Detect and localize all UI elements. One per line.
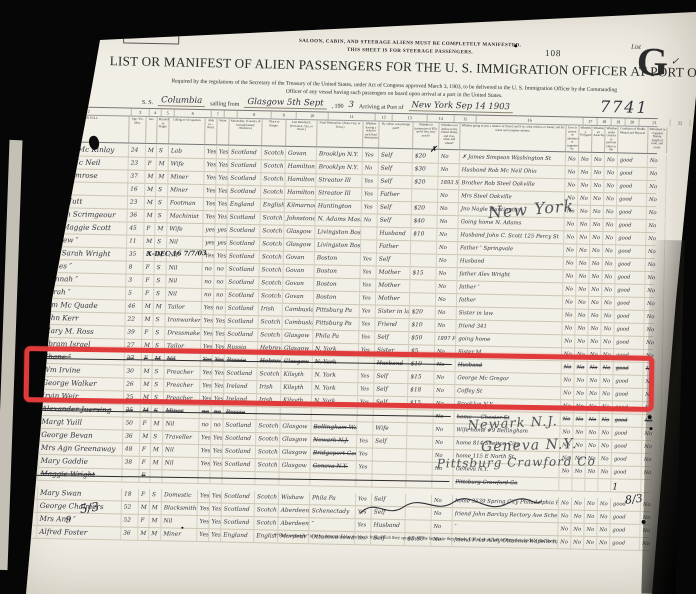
- cell-f3: No: [588, 323, 601, 335]
- cell-tkt: No: [363, 162, 379, 174]
- cell-rd: no: [200, 406, 212, 418]
- cell-no: 2: [29, 156, 45, 168]
- col-number-wr: [225, 110, 238, 117]
- cell-f1: No: [563, 309, 576, 321]
- col-number-name: 2: [47, 107, 132, 116]
- cell-ms: S: [155, 236, 167, 248]
- cell-us: No: [437, 242, 458, 254]
- cell-f1: No: [561, 413, 574, 425]
- cell-join: Brother Rob Steel Oakville: [459, 177, 565, 191]
- cell-rd: Yes: [198, 503, 210, 515]
- cell-wr: Yes: [216, 198, 228, 210]
- cell-race: Scotch: [256, 420, 280, 432]
- cell-wr: [210, 471, 222, 483]
- cell-hlth: good: [614, 336, 644, 349]
- col-header-ms: Married or Single.: [157, 117, 170, 143]
- cell-ms: M: [150, 502, 162, 514]
- cell-res: Johnstone: [284, 213, 315, 226]
- cell-age: 36: [128, 210, 145, 222]
- cell-age: 48: [123, 444, 140, 456]
- cell-f2: No: [577, 219, 590, 231]
- cell-f3: No: [591, 193, 604, 205]
- cell-rd: no: [199, 419, 211, 431]
- cell-dest: Geneva N.Y.: [311, 460, 357, 473]
- cell-tkt: Yes: [362, 175, 378, 187]
- cell-rd: Yes: [205, 159, 217, 171]
- cell-ms: M: [155, 223, 167, 235]
- cell-us: No: [436, 294, 457, 306]
- cell-name: Hannah ″: [42, 273, 126, 287]
- cell-occ: Nil: [163, 457, 199, 470]
- cell-nat: Scotland: [227, 238, 260, 251]
- col-header-nat: Nationality. (Country of last permanent …: [229, 119, 263, 146]
- cell-race: Scotch: [261, 186, 285, 198]
- cell-res: Hamilton: [286, 161, 317, 174]
- cell-rd: no: [202, 289, 214, 301]
- cell-dest: ″: [309, 518, 355, 531]
- cell-paid: [373, 462, 407, 475]
- cell-race: Scotch: [254, 517, 278, 529]
- cell-f1: No: [565, 179, 578, 191]
- cell-res: Aberdeen: [278, 518, 309, 531]
- cell-age: 39: [125, 327, 142, 339]
- cell-occ: Dressmaker: [165, 327, 201, 340]
- cell-f1: No: [566, 153, 579, 165]
- cell-f4: No: [602, 297, 615, 309]
- cell-name: George Bevan: [39, 429, 123, 443]
- manifest-sheet: REGISTRATION DIVISION (Form 1500—B.) SAL…: [0, 0, 696, 594]
- cell-sex: M: [145, 171, 156, 183]
- cell-no: 14: [25, 312, 41, 324]
- cell-f2: No: [578, 167, 591, 179]
- cell-tkt: Yes: [357, 435, 373, 447]
- cell-tkt: [361, 240, 377, 252]
- cell-paid: Self: [378, 202, 412, 215]
- cell-age: 18: [122, 489, 139, 501]
- cell-wr: Yes: [211, 445, 223, 457]
- cell-wr: Yes: [210, 490, 222, 502]
- cell-occ: Wife: [167, 223, 203, 236]
- col-header-res: Last Residence. (Province, City, or Town…: [286, 120, 318, 147]
- cell-wr: Yes: [213, 315, 225, 327]
- cell-race: Scotch: [261, 173, 285, 185]
- cell-res: Wishaw: [279, 492, 310, 505]
- cell-tkt: [357, 422, 373, 434]
- cell-age: [122, 470, 139, 482]
- cell-res: Glasgow: [280, 434, 311, 447]
- cell-race: Scotch: [255, 491, 279, 503]
- cell-no: 28: [22, 499, 38, 511]
- cell-wr: Yes: [215, 250, 227, 262]
- cell-hlth: good: [612, 427, 642, 440]
- cell-res: Glasgow: [284, 226, 315, 239]
- cell-name: Thomas Mc Kinlay: [45, 143, 129, 157]
- cell-ms: [150, 470, 162, 482]
- cell-paid: [372, 475, 406, 488]
- cell-dest: Boston: [314, 265, 360, 278]
- cell-dest: Huntington: [316, 200, 362, 213]
- cell-paid: Self: [378, 176, 412, 189]
- cell-occ: Footman: [168, 197, 204, 210]
- cell-age: 37: [128, 171, 145, 183]
- cell-ms: M: [157, 158, 169, 170]
- arriving-label: Arriving at Port of: [359, 104, 404, 111]
- cell-f4: No: [602, 284, 615, 296]
- year-digit: 3: [348, 100, 354, 110]
- cell-race: Scotch: [258, 329, 282, 341]
- cell-age: 24: [129, 145, 146, 157]
- annotation-4: Pittsburg Crawford Co: [437, 454, 596, 470]
- cell-sex: M: [145, 197, 156, 209]
- cell-f3: No: [590, 232, 603, 244]
- cell-dest: Pittsburg Pa: [314, 304, 360, 317]
- cell-age: 50: [123, 418, 140, 430]
- col-number-no: 1: [30, 107, 47, 114]
- cell-ms: M: [156, 171, 168, 183]
- cell-hlth: good: [615, 297, 645, 310]
- cell-paid: Mother: [376, 267, 410, 280]
- cell-sex: M: [140, 431, 151, 443]
- annotation-10: ✓: [671, 56, 680, 67]
- cell-ms: S: [153, 327, 165, 339]
- cell-res: Govan: [283, 278, 314, 291]
- cell-name: Geo. ″: [44, 182, 128, 196]
- cell-age: 23: [128, 197, 145, 209]
- col-number-rd: 7: [212, 110, 225, 117]
- cell-occ: Nil: [163, 444, 199, 457]
- cell-tkt: Yes: [360, 305, 376, 317]
- cell-mny: [412, 189, 438, 202]
- cell-race: [255, 472, 279, 484]
- cell-mny: [408, 410, 434, 423]
- cell-no: 11: [26, 273, 42, 285]
- cell-paid: Friend: [375, 319, 409, 332]
- cell-mny: $20: [412, 176, 438, 189]
- cell-age: 23: [129, 158, 146, 170]
- cell-f1: No: [564, 231, 577, 243]
- cell-f3: No: [590, 258, 603, 270]
- cell-name: Sarah ″: [42, 286, 126, 300]
- cell-sex: M: [142, 314, 153, 326]
- cell-no: 23: [23, 429, 39, 441]
- cell-f4: No: [604, 206, 617, 218]
- cell-name: Andrew ″: [43, 234, 127, 248]
- annotation-6: 9: [65, 515, 71, 525]
- cell-tkt: Yes: [361, 253, 377, 265]
- page-number: 108: [545, 48, 562, 58]
- cell-f4: [598, 479, 611, 491]
- cell-res: Hamilton: [285, 187, 316, 200]
- cell-sex: F: [138, 515, 149, 527]
- cell-res: Cambuslang: [283, 304, 314, 317]
- cell-nat: Scotland: [227, 225, 260, 238]
- cell-paid: Wife: [373, 423, 407, 436]
- cell-no: 5: [28, 195, 44, 207]
- cell-join: ✗ James Simpson Washington St: [460, 151, 566, 165]
- cell-hlth: good: [616, 258, 646, 271]
- col-number-f1: 17: [584, 118, 598, 125]
- cell-def: No: [647, 181, 666, 193]
- cell-wr: no: [214, 302, 226, 314]
- cell-occ: Lab: [169, 145, 205, 158]
- cell-occ: [162, 470, 198, 483]
- cell-wr: Yes: [216, 172, 228, 184]
- cell-f1: No: [558, 523, 571, 535]
- cell-f4: No: [599, 453, 612, 465]
- cell-f3: No: [591, 206, 604, 218]
- cell-no: 26: [22, 468, 38, 480]
- cell-no: 21: [24, 403, 40, 415]
- cell-res: Govan: [284, 252, 315, 265]
- cell-f4: No: [600, 414, 613, 426]
- cell-f4: No: [604, 180, 617, 192]
- cell-name: Mrs Maggie Scott: [43, 221, 127, 235]
- sailing-from: Glasgow 5th Sept: [244, 97, 326, 110]
- col-number-occ: 6: [175, 109, 212, 117]
- cell-us: No: [437, 229, 458, 241]
- cell-paid: Husband: [377, 228, 411, 241]
- cell-hlth: good: [617, 180, 647, 193]
- cell-race: Scotch: [262, 160, 286, 172]
- cell-dest: [310, 473, 356, 486]
- cell-res: [281, 408, 312, 421]
- cell-f2: No: [576, 297, 589, 309]
- cell-dest: Livingston Boston: [315, 239, 361, 252]
- cell-race: Scotch: [262, 147, 286, 159]
- cell-occ: Miner: [161, 528, 197, 541]
- cell-wr: Yes: [209, 516, 221, 528]
- cell-race: English: [261, 199, 285, 211]
- cell-dest: Bridgeport Conn: [311, 447, 357, 460]
- cell-race: Scotch: [259, 264, 283, 276]
- cell-ms: S: [152, 405, 164, 417]
- col-header-dest: Final Destination. (State, City, or Town…: [317, 120, 364, 147]
- cell-us: No: [437, 216, 458, 228]
- cell-race: Irish: [259, 303, 283, 315]
- cell-sex: F: [143, 262, 154, 274]
- col-number-nat: 8: [238, 111, 272, 119]
- cell-race: Scotch: [256, 459, 280, 471]
- cell-dest: Streator Ill: [316, 187, 362, 200]
- col-number-us: 15: [455, 115, 477, 122]
- cell-join: father Alex Wright: [457, 268, 563, 282]
- cell-rd: Yes: [202, 302, 214, 314]
- col-header-no: No. on List.: [29, 115, 46, 141]
- col-number-f2: 18: [598, 118, 612, 125]
- cell-race: Scotch: [255, 504, 279, 516]
- cell-occ: Wife: [169, 158, 205, 171]
- cell-rd: Yes: [204, 198, 216, 210]
- cell-wr: Yes: [213, 328, 225, 340]
- cell-mny: $10: [409, 319, 435, 332]
- cell-name: Mary M. Ross: [41, 325, 125, 339]
- cell-ms: S: [156, 197, 168, 209]
- cell-f4: No: [598, 511, 611, 523]
- cell-occ: Miner: [168, 171, 204, 184]
- cell-res: Glasgow: [280, 460, 311, 473]
- cell-ms: S: [154, 275, 166, 287]
- cell-tkt: Yes: [360, 279, 376, 291]
- cell-wr: no: [214, 276, 226, 288]
- cell-name: Mary Gaddie: [39, 455, 123, 469]
- cell-f1: No: [564, 257, 577, 269]
- cell-f1: No: [564, 244, 577, 256]
- cell-f4: No: [601, 336, 614, 348]
- cell-f2: No: [578, 206, 591, 218]
- cell-f2: No: [577, 258, 590, 270]
- cell-age: 36: [121, 527, 138, 539]
- cell-age: 38: [123, 457, 140, 469]
- cell-hlth: good: [617, 193, 647, 206]
- cell-join: father ″: [457, 281, 563, 295]
- cell-paid: Sister in law: [376, 306, 410, 319]
- cell-rd: no: [202, 263, 214, 275]
- cell-occ: Nil: [163, 418, 199, 431]
- cell-hlth: good: [616, 245, 646, 258]
- cell-hlth: good: [611, 466, 641, 479]
- cell-occ: Machinist: [168, 210, 204, 223]
- cell-nat: Scotland: [228, 186, 261, 199]
- annotation-3: Geneva N.Y.: [481, 436, 578, 455]
- cell-paid: Self: [379, 163, 413, 176]
- cell-wr: no: [214, 263, 226, 275]
- col-header-tkt: Whether having a ticket to such final de…: [363, 121, 380, 147]
- cell-def: No: [648, 155, 667, 167]
- cell-name: Margt Yuill: [39, 416, 123, 430]
- col-header-f4: Whether under contract to perform labor …: [605, 126, 619, 152]
- cell-paid: Self: [377, 215, 411, 228]
- cell-age: 46: [126, 301, 143, 313]
- cell-ms: M: [151, 457, 163, 469]
- cell-mny: $20: [412, 202, 438, 215]
- cell-race: Scotch: [256, 446, 280, 458]
- cell-us: No: [436, 268, 457, 280]
- cell-occ: Ironworker: [165, 314, 201, 327]
- cell-no: 27: [22, 486, 38, 498]
- cell-no: 7: [27, 221, 43, 233]
- cell-tkt: Yes: [357, 448, 373, 460]
- cell-f3: No: [585, 511, 598, 523]
- cell-dest: N. Adams Mass: [315, 213, 361, 226]
- cell-dest: Livingston Boston: [315, 226, 361, 239]
- cell-f2: No: [574, 414, 587, 426]
- cell-f3: No: [591, 180, 604, 192]
- col-header-name: NAME IN FULL.: [45, 115, 130, 143]
- cell-res: Glasgow: [280, 447, 311, 460]
- cell-hlth: good: [615, 284, 645, 297]
- cell-nat: Scotland: [226, 264, 259, 277]
- cell-def: No: [646, 220, 665, 232]
- cell-f4: No: [599, 427, 612, 439]
- cell-occ: Traveller: [163, 431, 199, 444]
- cell-us: No: [438, 203, 459, 215]
- cell-hlth: good: [617, 167, 647, 180]
- cell-res: Govan: [283, 291, 314, 304]
- cell-name: John Mutt: [44, 195, 128, 209]
- cell-f2: No: [576, 271, 589, 283]
- scan-speck: [514, 44, 517, 47]
- cell-dest: Boston: [315, 252, 361, 265]
- cell-f4: No: [603, 245, 616, 257]
- cell-wr: Yes: [217, 159, 229, 171]
- cell-ms: S: [153, 314, 165, 326]
- cell-nat: Scotland: [227, 251, 260, 264]
- manifest-table: 12345678910111213141516171819202122No. o…: [21, 106, 658, 552]
- cell-no: 3: [28, 169, 44, 181]
- cell-us: [432, 476, 453, 488]
- cell-ms: M: [149, 528, 161, 540]
- cell-sex: M: [144, 236, 155, 248]
- cell-nat: [222, 472, 255, 485]
- adjacent-page-edge: [0, 140, 22, 570]
- cell-f3: No: [585, 498, 598, 510]
- col-number-tkt: 12: [376, 114, 393, 121]
- cell-age: 25: [124, 405, 141, 417]
- cell-res: Govan: [286, 148, 317, 161]
- annotation-5: 5/3: [79, 499, 100, 516]
- cell-sex: M: [145, 184, 156, 196]
- cell-age: 52: [122, 502, 139, 514]
- cell-def: No: [647, 194, 666, 206]
- stamp-line1: REGISTRATION DIVISION: [124, 26, 178, 32]
- cell-age: 22: [125, 314, 142, 326]
- cell-join: Sister in law: [457, 307, 563, 321]
- cell-mny: [411, 241, 437, 254]
- cell-f4: No: [602, 310, 615, 322]
- cell-nat: Scotland: [226, 277, 259, 290]
- cell-age: 5: [126, 288, 143, 300]
- cell-nat: Scotland: [223, 433, 256, 446]
- annotations-layer: X-DEC 16 7/7/03New YorkNewark N.J.Geneva…: [6, 0, 696, 7]
- cell-us: No: [439, 164, 460, 176]
- cell-no: 13: [26, 299, 42, 311]
- cell-tkt: Yes: [359, 318, 375, 330]
- cell-occ: Miner: [164, 405, 200, 418]
- col-header-race: *Race or People.: [262, 119, 287, 145]
- cell-hlth: good: [610, 524, 640, 537]
- annotation-9: ✗: [430, 144, 437, 154]
- cell-res: Cambuslang: [282, 317, 313, 330]
- col-number-paid: 13: [393, 114, 428, 122]
- cell-occ: Nil: [166, 262, 202, 275]
- cell-nat: Russia: [224, 407, 257, 420]
- cell-us: No: [435, 320, 456, 332]
- cell-age: 36: [123, 431, 140, 443]
- cell-dest: Boston: [314, 278, 360, 291]
- cell-no: 8: [27, 234, 43, 246]
- cell-sex: M: [143, 301, 154, 313]
- cell-ms: S: [157, 145, 169, 157]
- cell-name: Wm Mc Quade: [42, 299, 126, 313]
- cell-no: 29: [21, 512, 37, 524]
- cell-f1: No: [563, 283, 576, 295]
- cell-us: No: [437, 255, 458, 267]
- cell-sex: F: [143, 275, 154, 287]
- cell-occ: Nil: [167, 236, 203, 249]
- cell-f4: No: [603, 219, 616, 231]
- col-number-res: 10: [297, 112, 329, 120]
- cell-dest: [312, 408, 358, 421]
- cell-mny: $30: [413, 163, 439, 176]
- cell-f3: No: [592, 154, 605, 166]
- col-number-race: 9: [272, 111, 297, 119]
- cell-f2: No: [577, 232, 590, 244]
- cell-def: No: [647, 168, 666, 180]
- cell-f1: No: [563, 296, 576, 308]
- cell-no: 9: [27, 247, 43, 259]
- cell-wr: Yes: [217, 146, 229, 158]
- cell-ms: S: [151, 431, 163, 443]
